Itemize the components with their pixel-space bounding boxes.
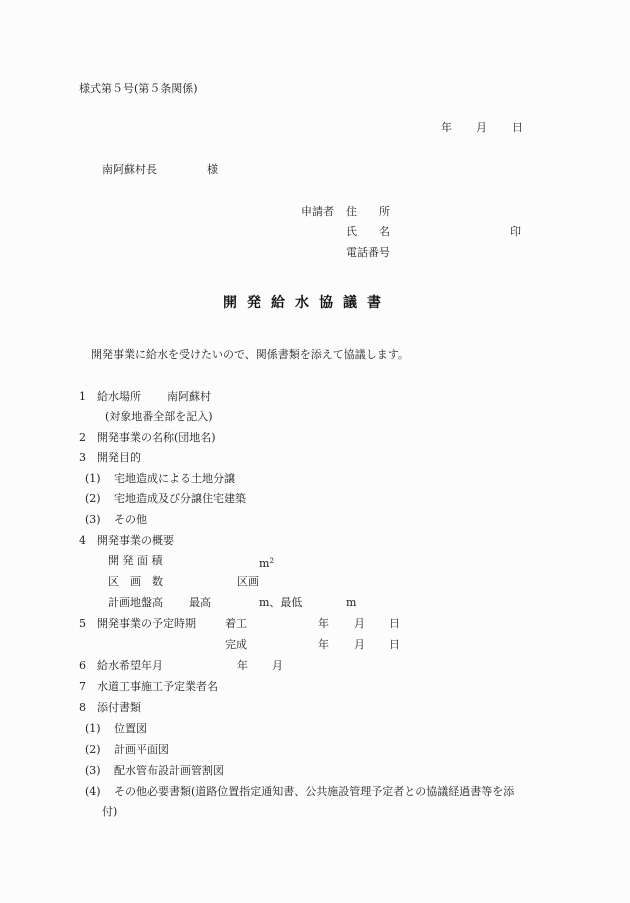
date-month-label: 月 xyxy=(476,121,487,135)
item-8-sub-3-label: 配水管布設計画管割図 xyxy=(114,764,224,778)
seal-mark: 印 xyxy=(510,225,521,239)
end-label: 完成 xyxy=(225,638,247,652)
lots-label: 区 画 数 xyxy=(108,575,163,589)
addressee-honorific: 様 xyxy=(207,163,218,177)
item-7-label: 水道工事施工予定業者名 xyxy=(97,680,218,694)
start-day: 日 xyxy=(389,617,400,631)
item-6-num: 6 xyxy=(79,659,86,673)
item-8-num: 8 xyxy=(79,701,86,715)
lots-unit: 区画 xyxy=(237,575,259,589)
item-3-label: 開発目的 xyxy=(97,451,141,465)
item-8-sub-1-num: (1) xyxy=(85,722,101,736)
item-2-label: 開発事業の名称(団地名) xyxy=(97,431,216,445)
item-1-num: 1 xyxy=(79,390,86,404)
item-3-sub-3-num: (3) xyxy=(85,513,101,527)
end-year: 年 xyxy=(318,638,329,652)
min-unit: m xyxy=(346,596,356,610)
document-title: 開発給水協議書 xyxy=(223,296,391,310)
form-number: 様式第５号(第５条関係) xyxy=(79,82,198,96)
item-6-year: 年 xyxy=(237,659,248,673)
item-6-month: 月 xyxy=(272,659,283,673)
max-unit-min-label: m、最低 xyxy=(259,596,302,610)
item-8-sub-2-num: (2) xyxy=(85,743,101,757)
date-day-label: 日 xyxy=(512,121,523,135)
start-year: 年 xyxy=(318,617,329,631)
area-unit-base: m xyxy=(259,557,269,570)
start-month: 月 xyxy=(354,617,365,631)
item-3-sub-3-label: その他 xyxy=(114,513,147,527)
intro-text: 開発事業に給水を受けたいので、関係書類を添えて協議します。 xyxy=(91,348,409,362)
item-8-sub-3-num: (3) xyxy=(85,764,101,778)
item-1-note: (対象地番全部を記入) xyxy=(105,410,213,424)
area-unit-exponent: 2 xyxy=(269,557,273,565)
item-8-sub-1-label: 位置図 xyxy=(114,722,147,736)
item-4-label: 開発事業の概要 xyxy=(97,534,174,548)
applicant-label: 申請者 xyxy=(301,205,334,219)
item-4-num: 4 xyxy=(79,534,86,548)
address-label: 住 所 xyxy=(346,205,390,219)
item-8-sub-4-label: その他必要書類(道路位置指定通知書、公共施設管理予定者との協議経過書等を添 xyxy=(114,785,514,799)
item-3-sub-2-num: (2) xyxy=(85,492,101,506)
date-year-label: 年 xyxy=(441,121,452,135)
end-month: 月 xyxy=(354,638,365,652)
area-unit: m2 xyxy=(259,554,274,571)
end-day: 日 xyxy=(389,638,400,652)
item-3-sub-1-num: (1) xyxy=(85,472,101,486)
item-3-sub-1-label: 宅地造成による土地分譲 xyxy=(114,472,235,486)
item-1-value: 南阿蘇村 xyxy=(167,390,211,404)
name-label: 氏 名 xyxy=(346,225,390,239)
item-8-sub-4-num: (4) xyxy=(85,785,101,799)
start-label: 着工 xyxy=(225,617,247,631)
max-label: 最高 xyxy=(189,596,211,610)
item-5-label: 開発事業の予定時期 xyxy=(97,617,196,631)
ground-height-label: 計画地盤高 xyxy=(108,596,163,610)
addressee-name: 南阿蘇村長 xyxy=(102,163,157,177)
area-label: 開 発 面 積 xyxy=(108,554,163,568)
item-2-num: 2 xyxy=(79,431,86,445)
item-1-label: 給水場所 xyxy=(97,390,141,404)
item-3-sub-2-label: 宅地造成及び分譲住宅建築 xyxy=(114,492,246,506)
item-8-sub-2-label: 計画平面図 xyxy=(114,743,169,757)
item-5-num: 5 xyxy=(79,617,86,631)
item-8-sub-4-label-continued: 付) xyxy=(102,805,117,819)
phone-label: 電話番号 xyxy=(346,246,390,260)
item-3-num: 3 xyxy=(79,451,86,465)
item-8-label: 添付書類 xyxy=(97,701,141,715)
item-6-label: 給水希望年月 xyxy=(97,659,163,673)
item-7-num: 7 xyxy=(79,680,86,694)
